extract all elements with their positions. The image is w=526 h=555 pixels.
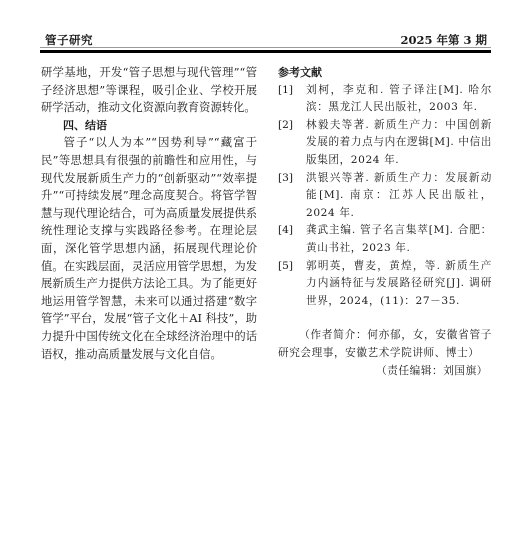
reference-number: [5]	[278, 258, 293, 276]
reference-text: 刘柯，李克和. 管子译注[M]. 哈尔滨：黑龙江人民出版社，2003 年.	[306, 84, 492, 114]
reference-text: 洪银兴等著. 新质生产力：发展新动能[M]. 南京：江苏人民出版社，2024 年…	[306, 172, 492, 219]
reference-number: [4]	[278, 222, 293, 240]
section-heading: 四、结语	[41, 117, 257, 135]
reference-text: 龚武主编. 管子名言集萃[M]. 合肥：黄山书社，2023 年.	[306, 224, 492, 254]
references-title: 参考文献	[278, 64, 492, 82]
reference-item: [2] 林毅夫等著. 新质生产力：中国创新发展的着力点与内在逻辑[M]. 中信出…	[278, 117, 492, 170]
issue-number: 2025 年第 3 期	[400, 32, 487, 48]
right-column: 参考文献 [1] 刘柯，李克和. 管子译注[M]. 哈尔滨：黑龙江人民出版社，2…	[278, 64, 492, 380]
running-header: 管子研究 2025 年第 3 期	[40, 32, 491, 46]
reference-number: [3]	[278, 170, 293, 188]
reference-item: [5] 郭明英，曹麦，黄煌，等. 新质生产力内涵特征与发展路径研究[J]. 调研…	[278, 258, 492, 311]
author-bio: （作者简介：何亦郁，女，安徽省管子研究会理事，安徽艺术学院讲师、博士）	[278, 327, 492, 362]
reference-text: 林毅夫等著. 新质生产力：中国创新发展的着力点与内在逻辑[M]. 中信出版集团，…	[306, 119, 492, 166]
header-rule-thick	[40, 50, 491, 53]
reference-number: [2]	[278, 117, 293, 135]
left-column: 研学基地，开发“管子思想与现代管理”“管子经济思想”等课程，吸引企业、学校开展研…	[41, 64, 257, 363]
journal-name: 管子研究	[45, 32, 93, 48]
header-rule-thin	[40, 47, 491, 48]
reference-list: [1] 刘柯，李克和. 管子译注[M]. 哈尔滨：黑龙江人民出版社，2003 年…	[278, 82, 492, 311]
reference-text: 郭明英，曹麦，黄煌，等. 新质生产力内涵特征与发展路径研究[J]. 调研世界，2…	[306, 260, 492, 307]
reference-number: [1]	[278, 82, 293, 100]
responsible-editor: （责任编辑：刘国旗）	[278, 363, 492, 381]
body-paragraph: 研学基地，开发“管子思想与现代管理”“管子经济思想”等课程，吸引企业、学校开展研…	[41, 64, 257, 117]
reference-item: [3] 洪银兴等著. 新质生产力：发展新动能[M]. 南京：江苏人民出版社，20…	[278, 170, 492, 223]
reference-item: [1] 刘柯，李克和. 管子译注[M]. 哈尔滨：黑龙江人民出版社，2003 年…	[278, 82, 492, 117]
body-paragraph: 管子“以人为本”“因势利导”“藏富于民”等思想具有很强的前瞻性和应用性，与现代发…	[41, 134, 257, 363]
reference-item: [4] 龚武主编. 管子名言集萃[M]. 合肥：黄山书社，2023 年.	[278, 222, 492, 257]
